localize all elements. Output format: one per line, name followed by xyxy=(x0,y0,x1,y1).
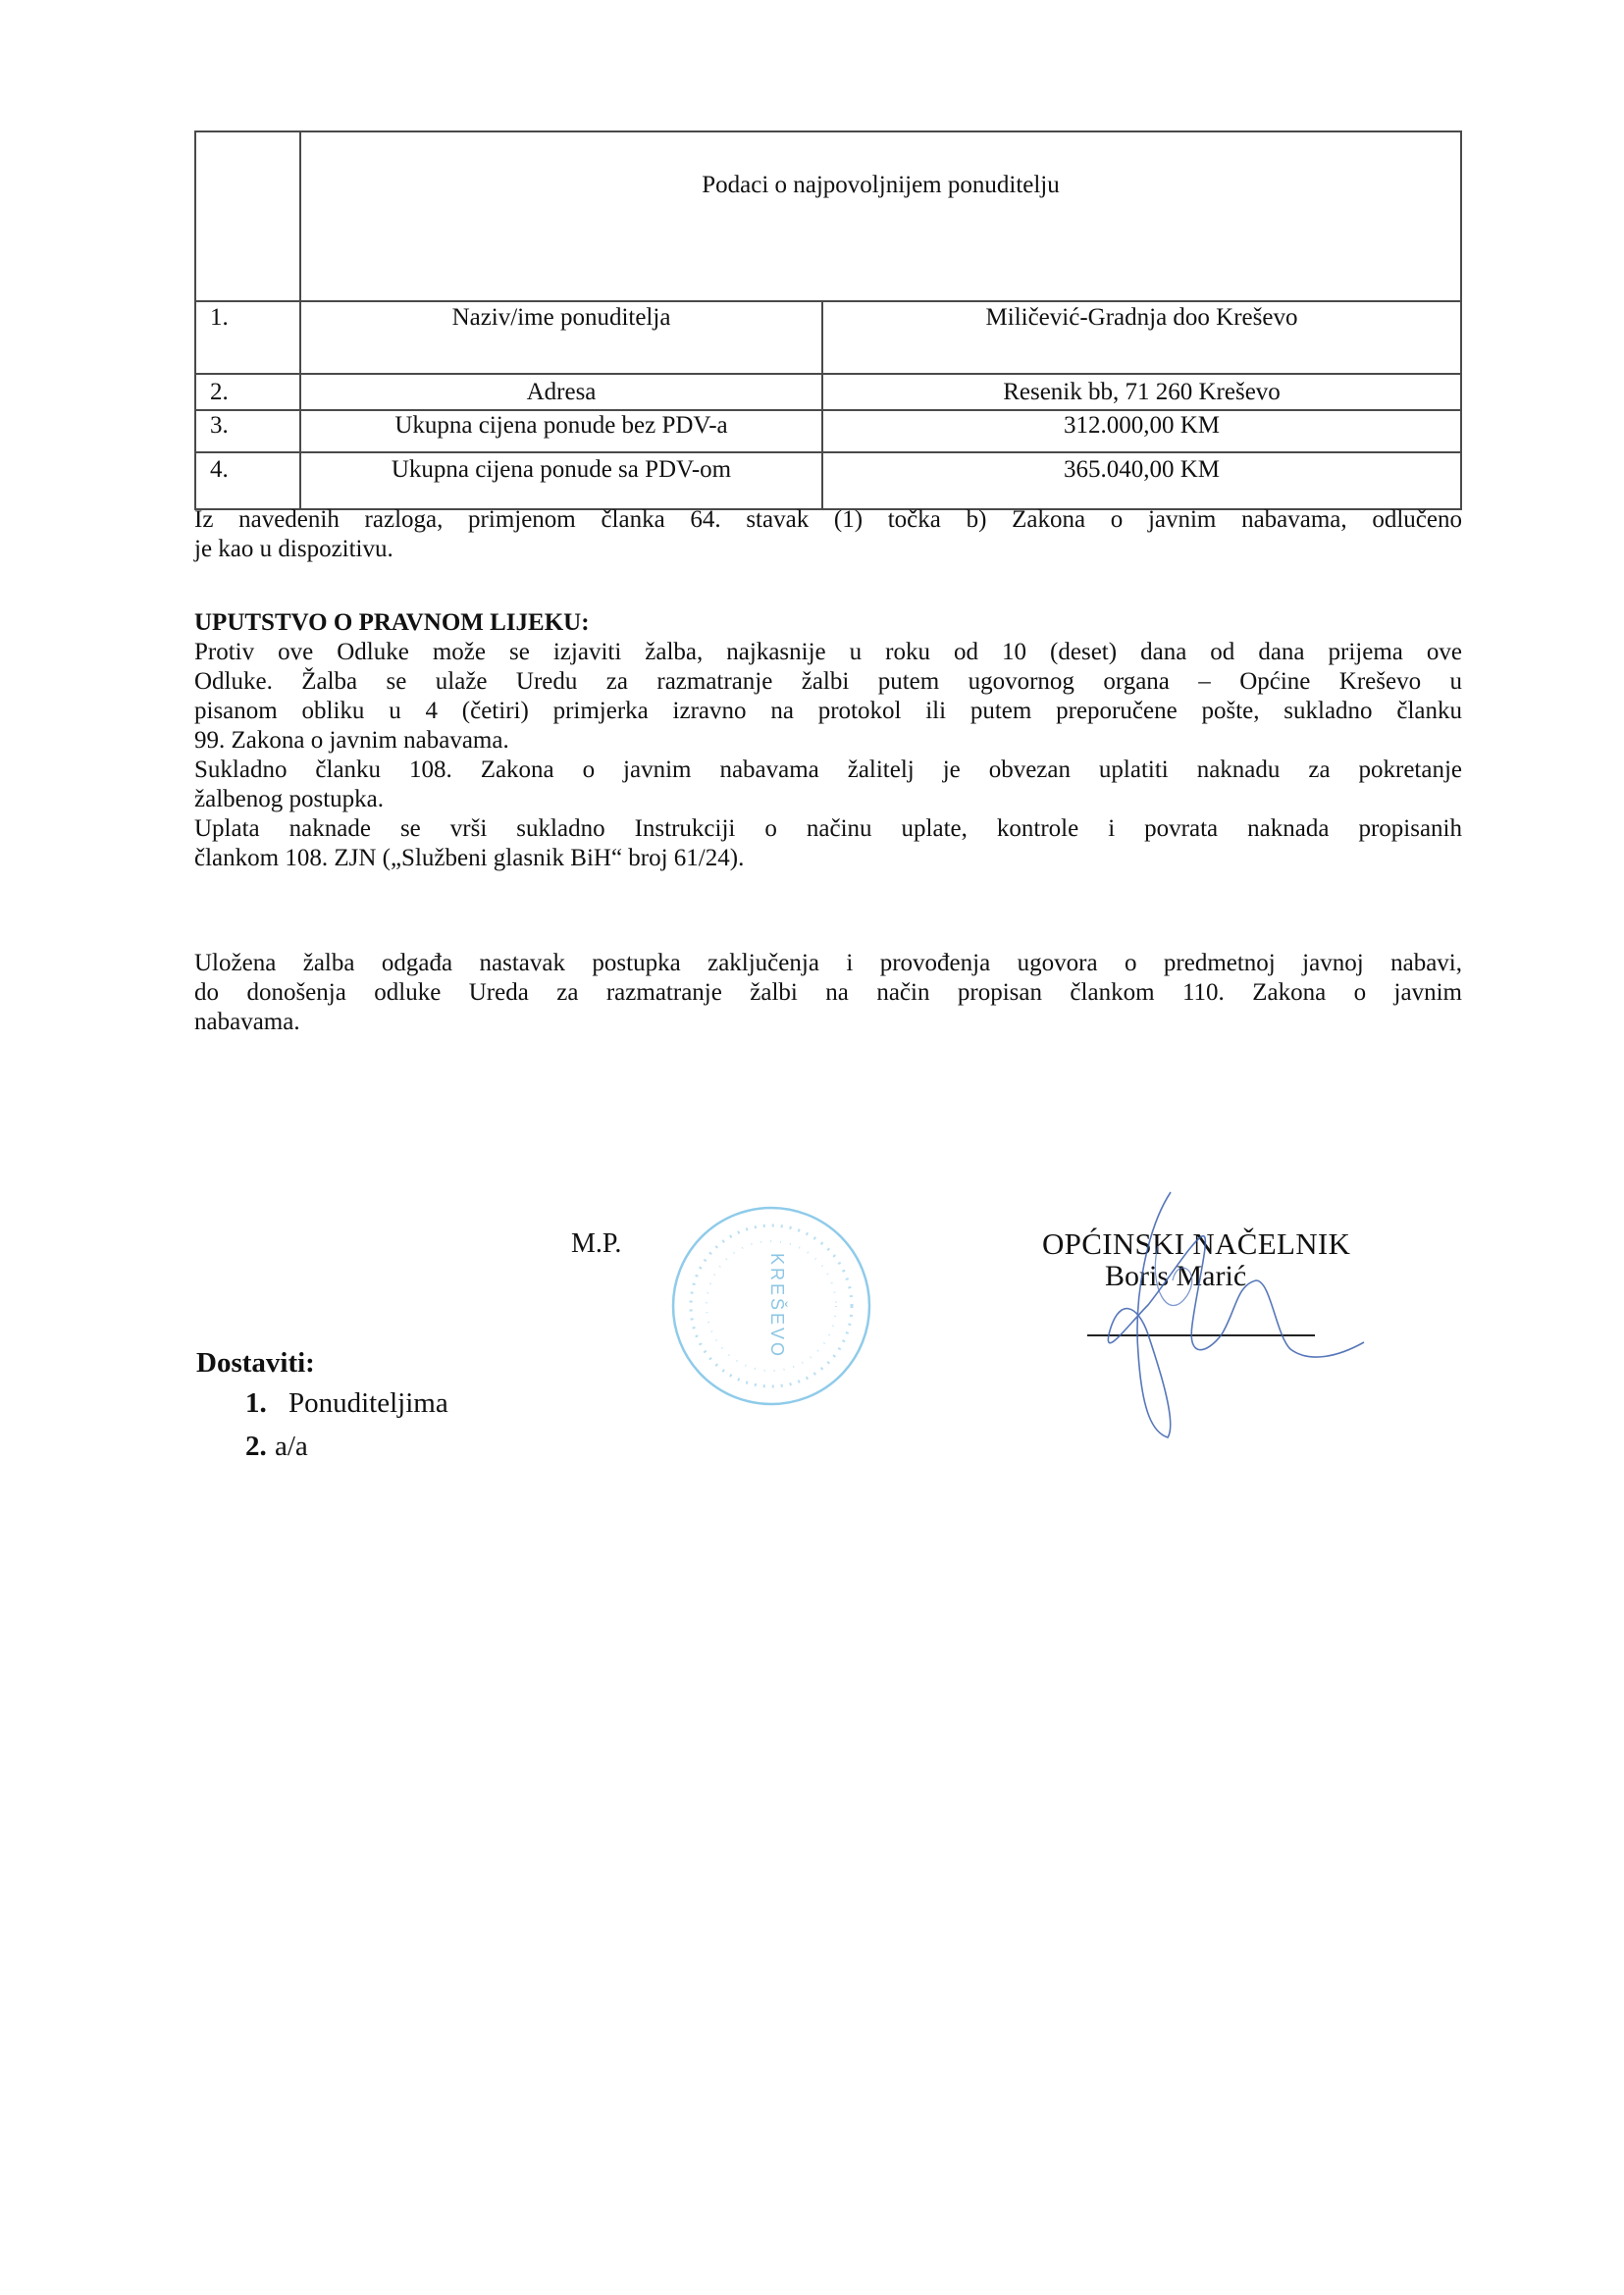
table-row: 3. Ukupna cijena ponude bez PDV-a 312.00… xyxy=(195,410,1461,452)
text-line: žalbenog postupka. xyxy=(194,785,1462,814)
delivery-list: 1.Ponuditeljima 2.a/a xyxy=(245,1382,448,1468)
list-item-number: 2. xyxy=(245,1425,275,1468)
text-line: Odluke. Žalba se ulaže Uredu za razmatra… xyxy=(194,667,1462,697)
reasoning-paragraph: Iz navedenih razloga, primjenom članka 6… xyxy=(194,505,1462,564)
list-item-text: Ponuditeljima xyxy=(288,1387,448,1419)
text-line: Iz navedenih razloga, primjenom članka 6… xyxy=(194,505,1462,535)
row-label: Ukupna cijena ponude sa PDV-om xyxy=(300,452,822,509)
stamp-text: KREŠEVO xyxy=(767,1253,788,1359)
row-label: Naziv/ime ponuditelja xyxy=(300,301,822,374)
list-item-number: 1. xyxy=(245,1382,288,1425)
list-item: 2.a/a xyxy=(245,1425,448,1468)
legal-remedy-heading: UPUTSTVO O PRAVNOM LIJEKU: xyxy=(194,608,1462,638)
table-header-empty-cell xyxy=(195,131,300,301)
table-row: 1. Naziv/ime ponuditelja Miličević-Gradn… xyxy=(195,301,1461,374)
text-line: je kao u dispozitivu. xyxy=(194,535,1462,564)
list-item-text: a/a xyxy=(275,1431,308,1462)
text-line: pisanom obliku u 4 (četiri) primjerka iz… xyxy=(194,697,1462,726)
list-item: 1.Ponuditeljima xyxy=(245,1382,448,1425)
table-row: 2. Adresa Resenik bb, 71 260 Kreševo xyxy=(195,374,1461,410)
table-row: 4. Ukupna cijena ponude sa PDV-om 365.04… xyxy=(195,452,1461,509)
row-number: 2. xyxy=(195,374,300,410)
best-bidder-table: Podaci o najpovoljnijem ponuditelju 1. N… xyxy=(194,130,1462,510)
seal-label: M.P. xyxy=(571,1228,621,1260)
delivery-heading: Dostaviti: xyxy=(196,1347,315,1380)
text-line: do donošenja odluke Ureda za razmatranje… xyxy=(194,978,1462,1008)
row-value: Resenik bb, 71 260 Kreševo xyxy=(822,374,1461,410)
table-title: Podaci o najpovoljnijem ponuditelju xyxy=(300,131,1461,301)
text-line: člankom 108. ZJN („Službeni glasnik BiH“… xyxy=(194,844,1462,873)
table-header-row: Podaci o najpovoljnijem ponuditelju xyxy=(195,131,1461,301)
handwritten-signature-icon xyxy=(1079,1187,1393,1452)
text-line: Uložena žalba odgađa nastavak postupka z… xyxy=(194,949,1462,978)
text-line: 99. Zakona o javnim nabavama. xyxy=(194,726,1462,756)
row-value: 365.040,00 KM xyxy=(822,452,1461,509)
row-value: Miličević-Gradnja doo Kreševo xyxy=(822,301,1461,374)
official-stamp-icon: KREŠEVO xyxy=(667,1202,875,1410)
legal-remedy-section: UPUTSTVO O PRAVNOM LIJEKU: Protiv ove Od… xyxy=(194,608,1462,873)
suspension-paragraph: Uložena žalba odgađa nastavak postupka z… xyxy=(194,949,1462,1037)
row-number: 1. xyxy=(195,301,300,374)
text-line: Uplata naknade se vrši sukladno Instrukc… xyxy=(194,814,1462,844)
row-number: 3. xyxy=(195,410,300,452)
text-line: nabavama. xyxy=(194,1008,1462,1037)
text-line: Protiv ove Odluke može se izjaviti žalba… xyxy=(194,638,1462,667)
row-number: 4. xyxy=(195,452,300,509)
text-line: Sukladno članku 108. Zakona o javnim nab… xyxy=(194,756,1462,785)
row-value: 312.000,00 KM xyxy=(822,410,1461,452)
row-label: Adresa xyxy=(300,374,822,410)
row-label: Ukupna cijena ponude bez PDV-a xyxy=(300,410,822,452)
